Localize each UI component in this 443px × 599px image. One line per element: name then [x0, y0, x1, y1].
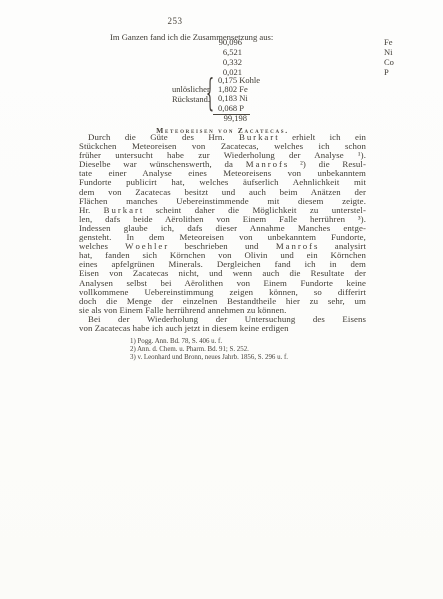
- book-page: 253 Im Ganzen fand ich die Zusammensetzu…: [0, 0, 443, 599]
- footnote-line: 3) v. Leonhard und Bronn, neues Jahrb. 1…: [130, 354, 288, 362]
- table-row: Fe90,096: [0, 38, 443, 48]
- table-row-el: P: [384, 68, 402, 78]
- residue-items: 0,175 Kohle1,802 Fe0,183 Ni0,068 P: [218, 76, 260, 113]
- footnotes: 1) Pogg. Ann. Bd. 78, S. 406 u. f.2) Ann…: [130, 338, 288, 362]
- residue-item: 0,068 P: [218, 104, 260, 113]
- table-row: Ni6,521: [0, 48, 443, 58]
- footnote-line: 1) Pogg. Ann. Bd. 78, S. 406 u. f.: [130, 338, 288, 346]
- text-line: von Zacatecas habe ich auch jetzt in die…: [79, 324, 366, 333]
- paragraph-1: Durch die Güte des Hrn. B u r k a r t er…: [79, 133, 366, 315]
- footnote-line: 2) Ann. d. Chem. u. Pharm. Bd. 91; S. 25…: [130, 346, 288, 354]
- brace-glyph: {: [206, 74, 214, 117]
- analysis-rows: Fe90,096Ni6,521Co0,332P0,021: [0, 38, 443, 78]
- page-number: 253: [0, 16, 350, 26]
- paragraph-2: Bei der Wiederholung der Untersuchung de…: [79, 315, 366, 333]
- residue-brace: {: [204, 76, 216, 114]
- total-value: 99,198: [205, 113, 247, 123]
- table-row: Co0,332: [0, 58, 443, 68]
